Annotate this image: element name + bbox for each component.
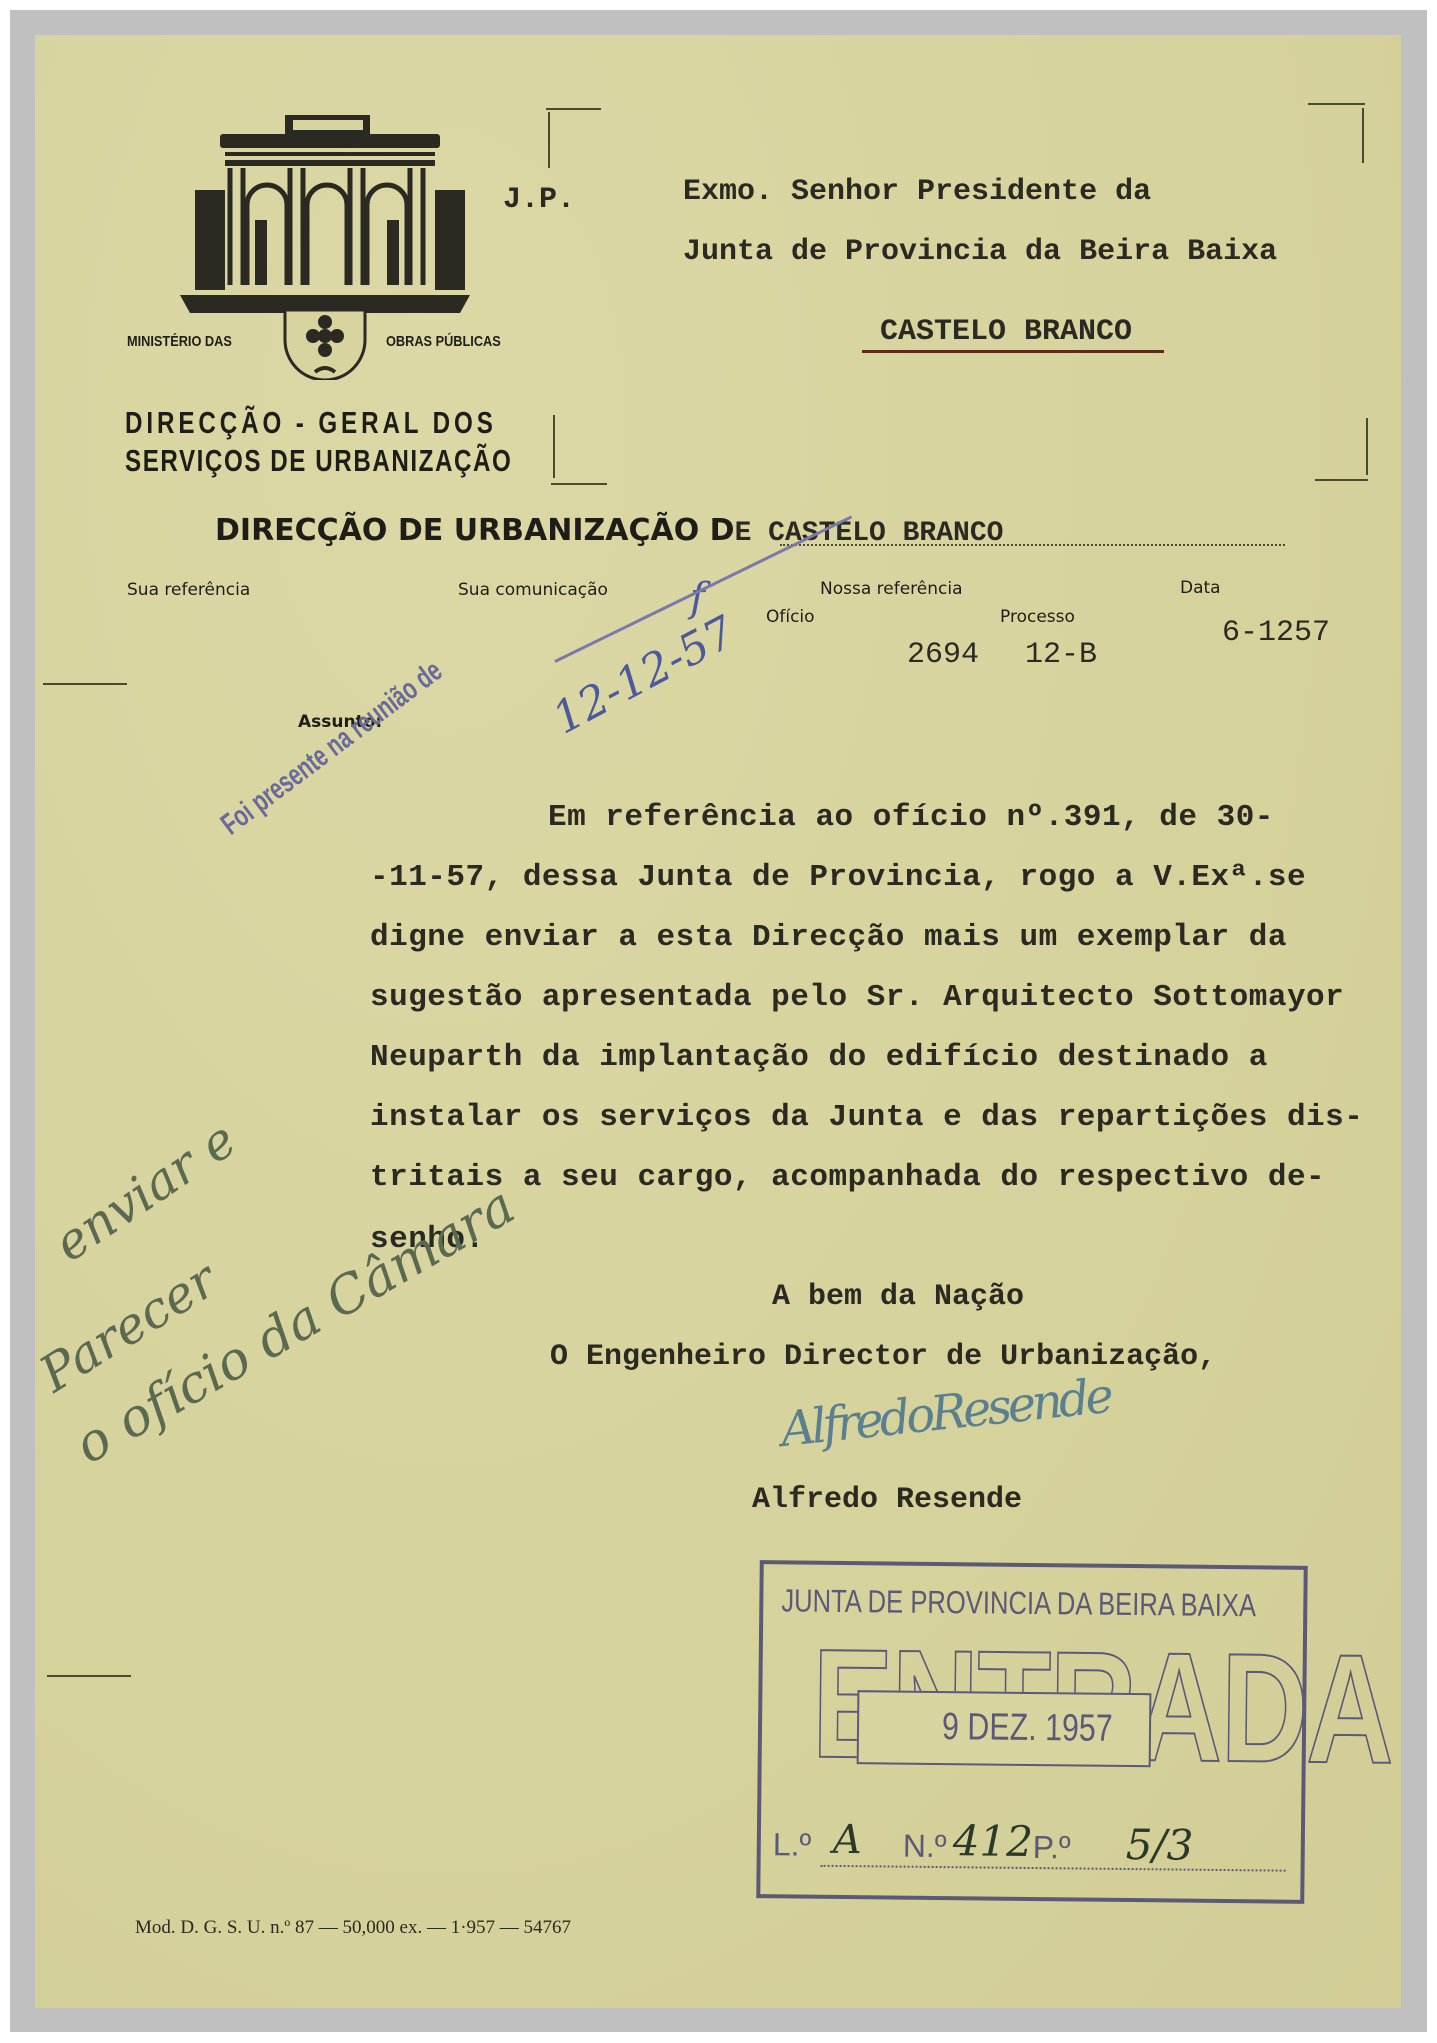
entry-stamp-livro-value: A [833, 1817, 862, 1863]
department-title-line2: SERVIÇOS DE URBANIZAÇÃO [125, 443, 512, 479]
recipient-line1: Exmo. Senhor Presidente da [683, 175, 1151, 209]
meeting-initial-handwritten: f [690, 575, 705, 621]
body-line: sugestão apresentada pelo Sr. Arquitecto… [370, 980, 1344, 1015]
recipient-line2: Junta de Provincia da Beira Baixa [683, 235, 1277, 269]
signatory-name: Alfredo Resende [752, 1483, 1022, 1517]
label-nossa-referencia: Nossa referência [820, 579, 963, 599]
entry-stamp-pasta-value: 5/3 [1126, 1820, 1194, 1870]
ministry-label-left: MINISTÉRIO DAS [127, 333, 232, 350]
window-mark-tr-v [1362, 108, 1364, 163]
entry-stamp-livro-label: L.º [773, 1826, 812, 1863]
recipient-city: CASTELO BRANCO [880, 315, 1132, 349]
entry-stamp-pasta-label: P.º [1033, 1829, 1071, 1866]
recipient-city-underline [862, 350, 1164, 353]
body-line: Em referência ao ofício nº.391, de 30- [548, 800, 1274, 835]
window-mark-tl-v [548, 112, 550, 168]
window-mark-bl-h [551, 483, 607, 485]
directorate-dotted-line [780, 544, 1285, 546]
label-sua-referencia: Sua referência [127, 580, 250, 600]
entry-stamp-date: 9 DEZ. 1957 [942, 1706, 1113, 1751]
window-mark-br-v [1366, 418, 1368, 475]
body-line: tritais a seu cargo, acompanhada do resp… [370, 1160, 1325, 1195]
closing-title: O Engenheiro Director de Urbanização, [550, 1340, 1216, 1374]
form-code-footer: Mod. D. G. S. U. n.º 87 — 50,000 ex. — 1… [135, 1917, 571, 1939]
directorate-prefix: DIRECÇÃO DE URBANIZAÇÃO D [215, 513, 735, 548]
body-line: Neuparth da implantação do edifício dest… [370, 1040, 1268, 1075]
department-title-line1: DIRECÇÃO - GERAL DOS [125, 405, 497, 441]
entry-stamp-numero-label: N.º [903, 1828, 947, 1865]
ministry-label-right: OBRAS PÚBLICAS [386, 333, 501, 350]
closing-salutation: A bem da Nação [772, 1280, 1024, 1314]
initials: J.P. [503, 183, 575, 217]
oficio-value: 2694 [907, 638, 979, 672]
entry-stamp-numero-value: 412 [953, 1816, 1034, 1866]
window-mark-tl-h [546, 108, 601, 110]
label-data: Data [1180, 578, 1221, 598]
window-mark-tr-h [1308, 103, 1365, 105]
body-line: instalar os serviços da Junta e das repa… [370, 1100, 1363, 1135]
processo-value: 12-B [1025, 638, 1097, 672]
label-sua-comunicacao: Sua comunicação [458, 580, 608, 600]
fold-mark-lower [47, 1675, 131, 1677]
body-line: digne enviar a esta Direcção mais um exe… [370, 920, 1287, 955]
data-value: 6-1257 [1222, 616, 1330, 650]
label-processo: Processo [1000, 607, 1075, 627]
body-line: -11-57, dessa Junta de Provincia, rogo a… [370, 860, 1306, 895]
entry-stamp: JUNTA DE PROVINCIA DA BEIRA BAIXA ENTRAD… [756, 1560, 1308, 1904]
label-oficio: Ofício [766, 607, 815, 627]
window-mark-bl-v [553, 415, 555, 478]
fold-mark-upper [43, 683, 127, 685]
window-mark-br-h [1315, 479, 1368, 481]
